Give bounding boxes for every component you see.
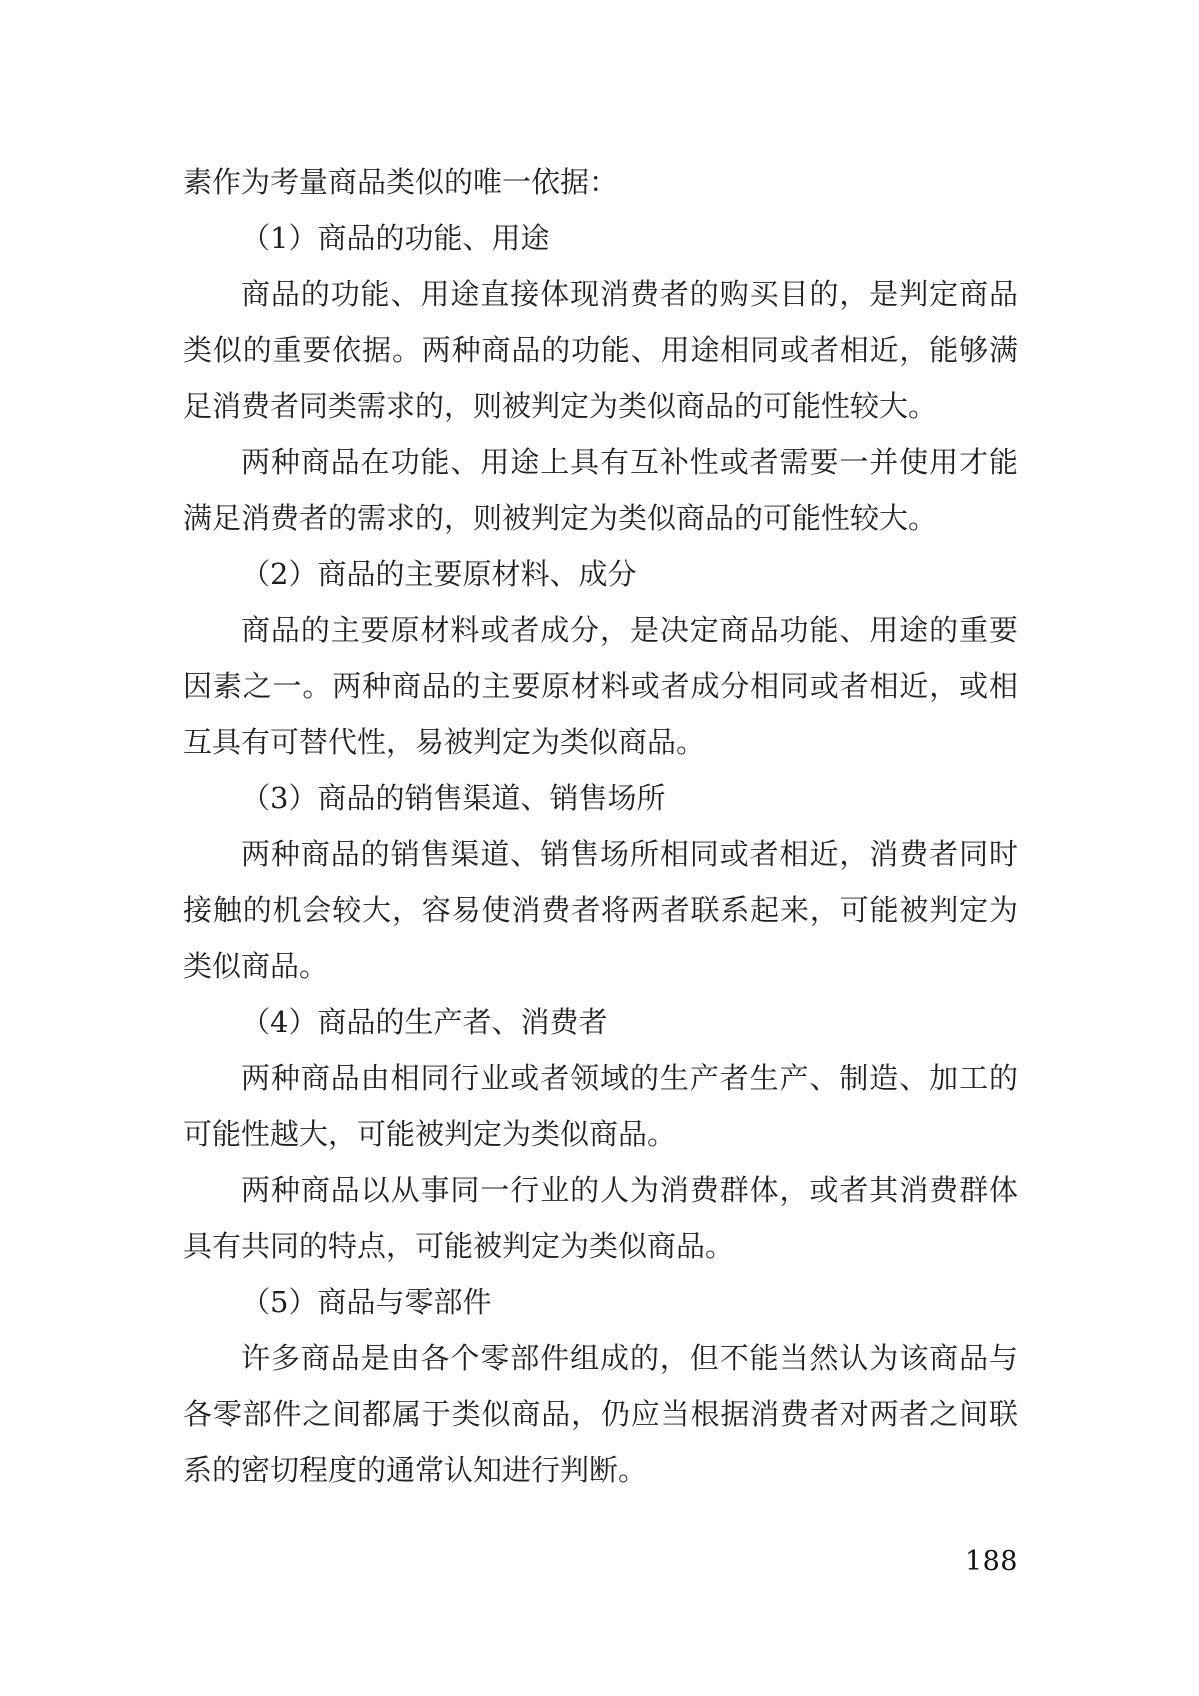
paragraph-body: 两种商品的销售渠道、销售场所相同或者相近，消费者同时接触的机会较大，容易使消费者… <box>183 826 1018 994</box>
paragraph-body: 两种商品在功能、用途上具有互补性或者需要一并使用才能满足消费者的需求的，则被判定… <box>183 434 1018 546</box>
paragraph-body: 许多商品是由各个零部件组成的，但不能当然认为该商品与各零部件之间都属于类似商品，… <box>183 1330 1018 1498</box>
paragraph-continuation: 素作为考量商品类似的唯一依据： <box>183 154 1018 210</box>
paragraph-heading: （2）商品的主要原材料、成分 <box>183 546 1018 602</box>
paragraph-body: 商品的主要原材料或者成分，是决定商品功能、用途的重要因素之一。两种商品的主要原材… <box>183 602 1018 770</box>
paragraph-body: 两种商品以从事同一行业的人为消费群体，或者其消费群体具有共同的特点，可能被判定为… <box>183 1162 1018 1274</box>
page-number: 188 <box>965 1547 1018 1577</box>
paragraph-heading: （5）商品与零部件 <box>183 1274 1018 1330</box>
paragraph-heading: （1）商品的功能、用途 <box>183 210 1018 266</box>
document-page: 素作为考量商品类似的唯一依据：（1）商品的功能、用途商品的功能、用途直接体现消费… <box>0 0 1199 1696</box>
paragraph-body: 两种商品由相同行业或者领域的生产者生产、制造、加工的可能性越大，可能被判定为类似… <box>183 1050 1018 1162</box>
paragraph-heading: （4）商品的生产者、消费者 <box>183 994 1018 1050</box>
document-body: 素作为考量商品类似的唯一依据：（1）商品的功能、用途商品的功能、用途直接体现消费… <box>183 154 1018 1498</box>
paragraph-heading: （3）商品的销售渠道、销售场所 <box>183 770 1018 826</box>
paragraph-body: 商品的功能、用途直接体现消费者的购买目的，是判定商品类似的重要依据。两种商品的功… <box>183 266 1018 434</box>
